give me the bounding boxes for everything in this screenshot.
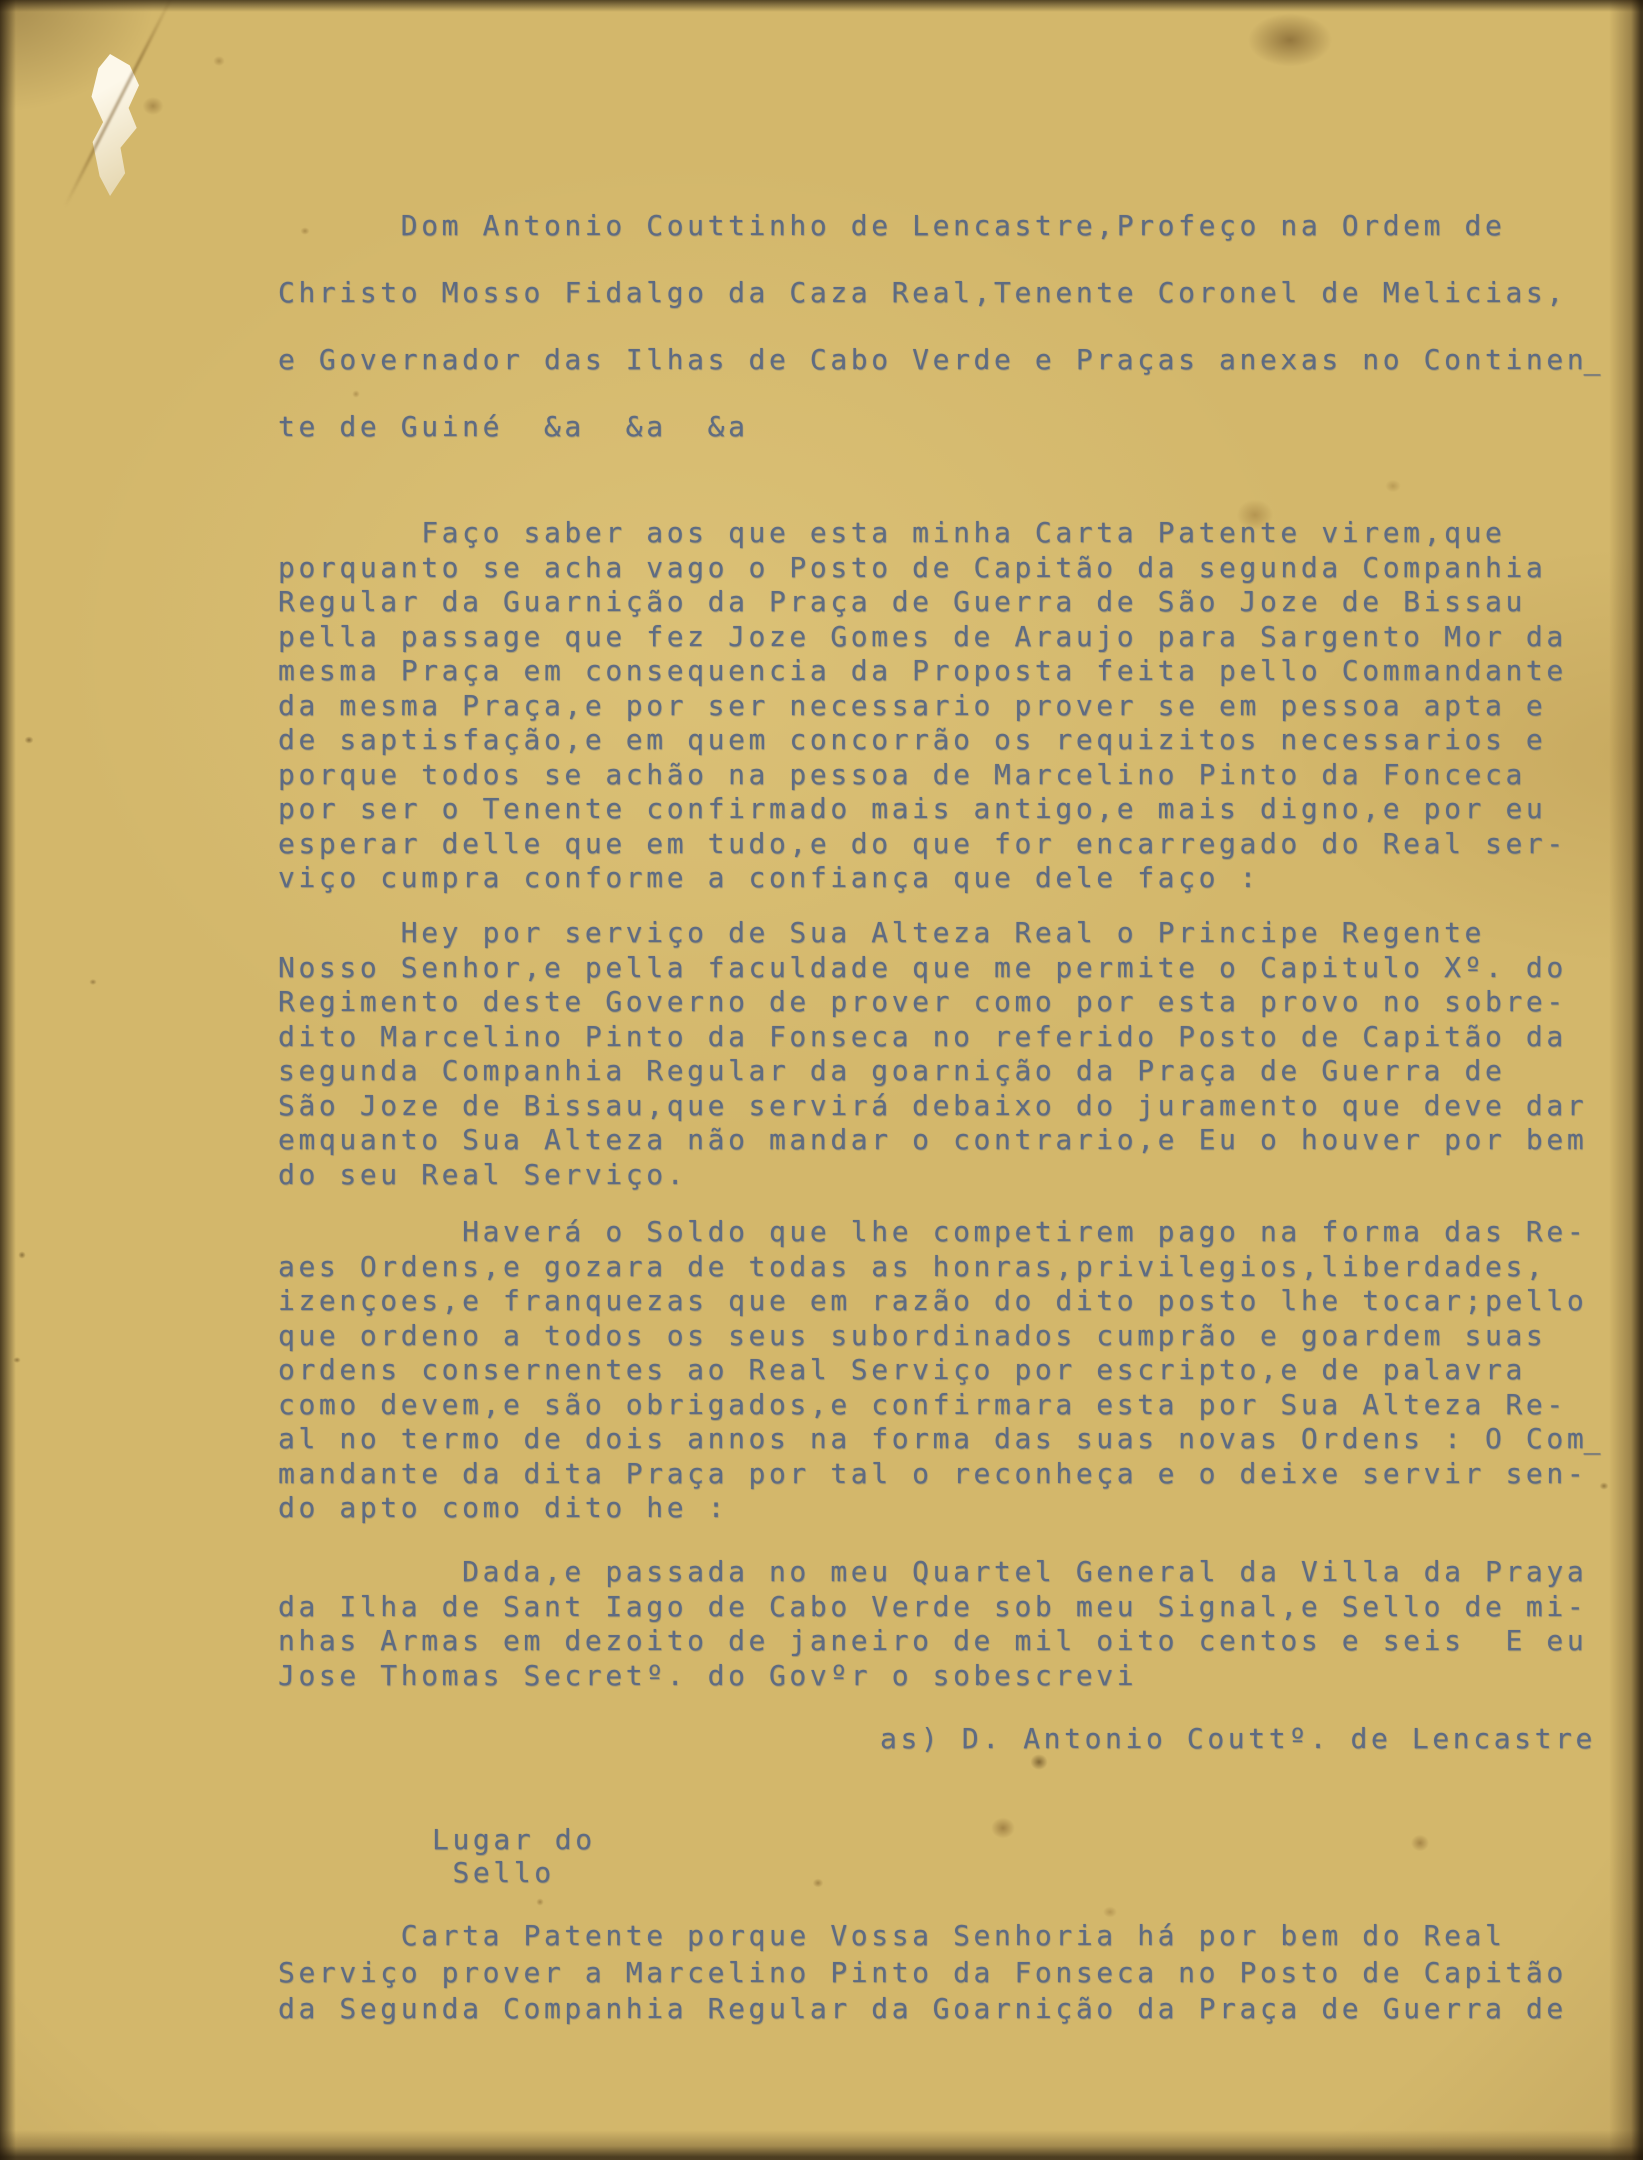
signature-line: as) D. Antonio Couttº. de Lencastre bbox=[880, 1722, 1596, 1757]
torn-paper-corner bbox=[88, 54, 146, 196]
seal-placeholder: Lugar do Sello bbox=[432, 1823, 596, 1889]
paragraph-preamble: Faço saber aos que esta minha Carta Pate… bbox=[278, 516, 1567, 896]
document-heading: Dom Antonio Couttinho de Lencastre,Profe… bbox=[278, 192, 1604, 460]
paragraph-appointment: Hey por serviço de Sua Alteza Real o Pri… bbox=[278, 916, 1587, 1192]
scanned-document-page: Dom Antonio Couttinho de Lencastre,Profe… bbox=[0, 0, 1643, 2160]
paragraph-privileges: Haverá o Soldo que lhe competirem pago n… bbox=[278, 1215, 1604, 1526]
closing-note: Carta Patente porque Vossa Senhoria há p… bbox=[278, 1918, 1567, 2028]
paragraph-issuance: Dada,e passada no meu Quartel General da… bbox=[278, 1555, 1587, 1693]
